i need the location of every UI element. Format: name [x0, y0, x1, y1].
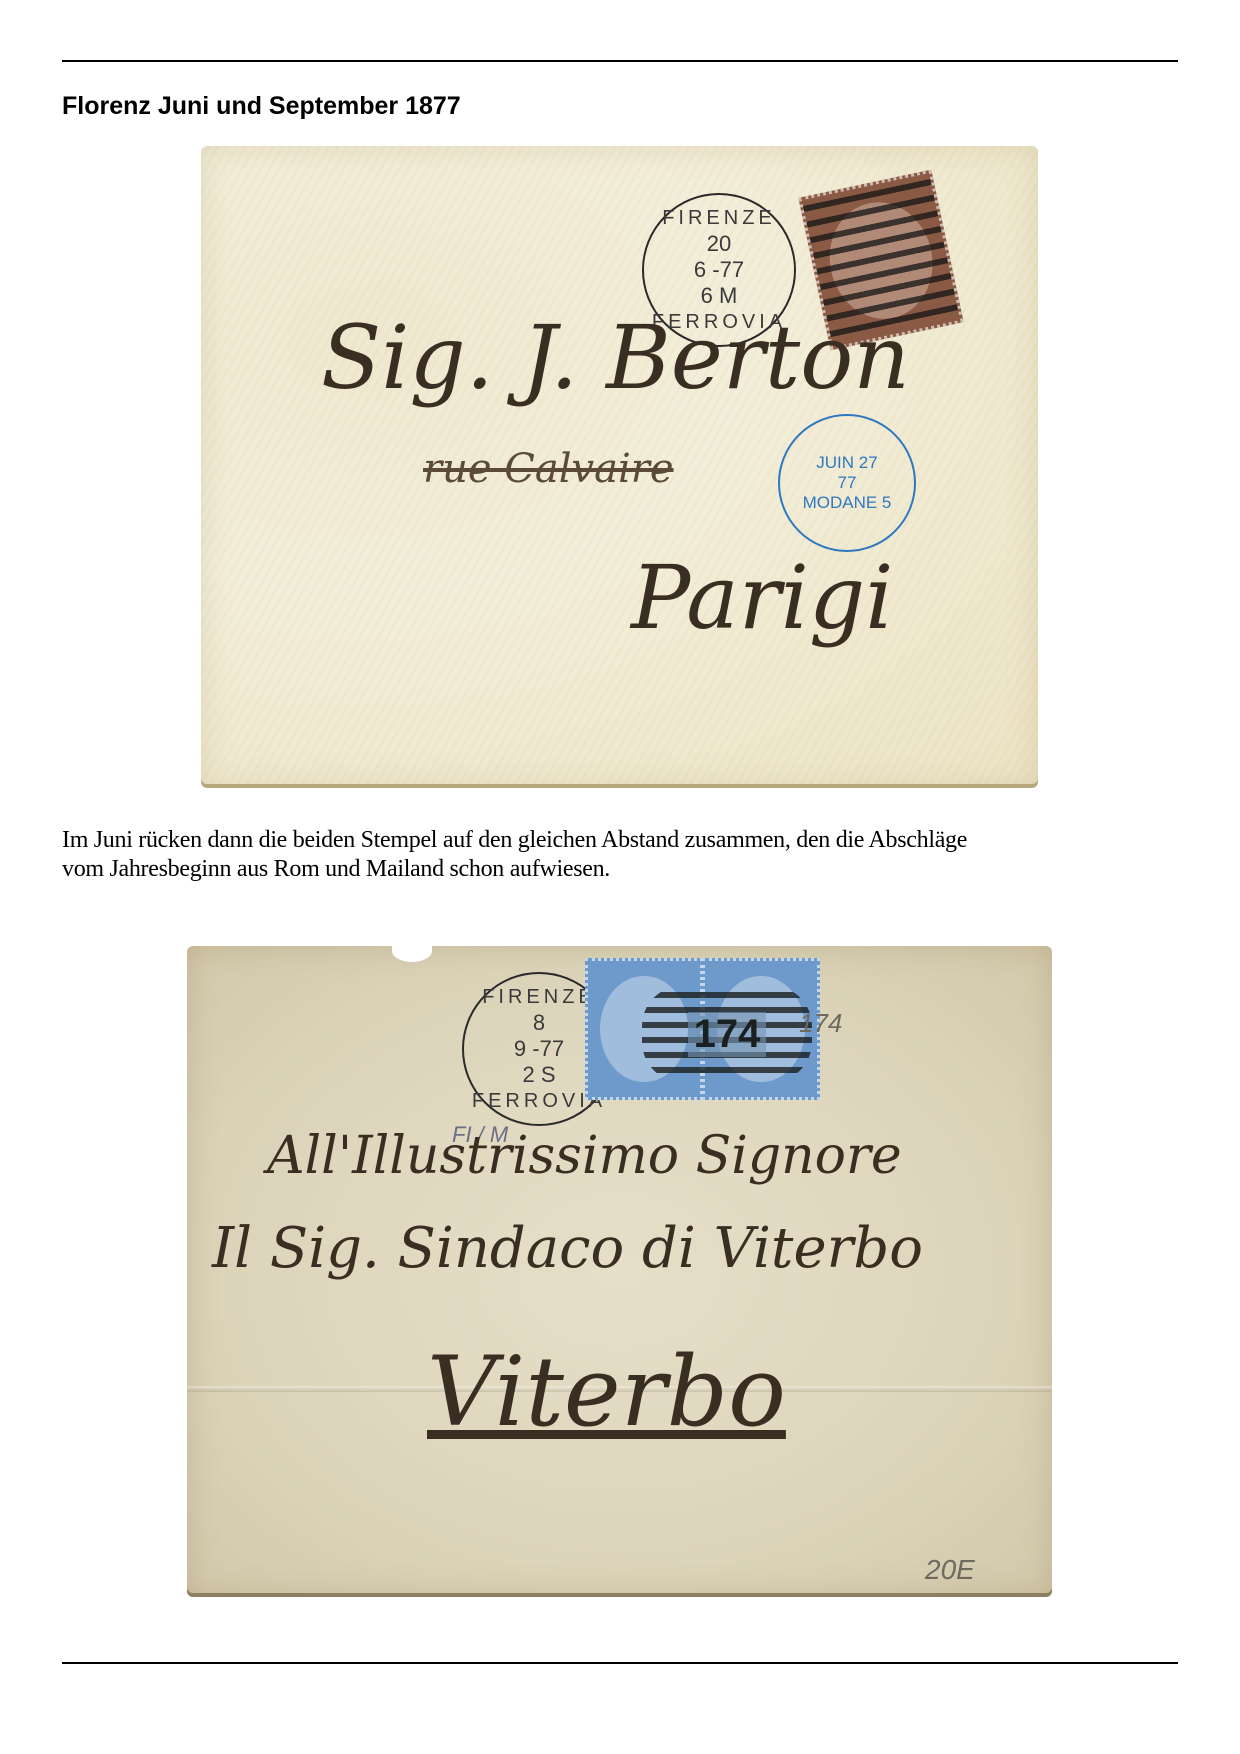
postmark-ring-bottom: MODANE 5 — [780, 493, 914, 513]
handwritten-city: Viterbo — [427, 1336, 786, 1448]
handwritten-salutation: All'Illustrissimo Signore — [267, 1126, 902, 1186]
postmark-modane: JUIN 27 77 MODANE 5 — [778, 414, 916, 552]
pencil-note-price: 20E — [925, 1554, 975, 1586]
postmark-date: 6 -77 — [644, 257, 794, 283]
numeral-cancel: 174 — [642, 986, 812, 1082]
postmark-day: 20 — [644, 231, 794, 257]
postmark-date: JUIN 27 — [780, 453, 914, 473]
postmark-year: 77 — [780, 473, 914, 493]
postmark-ring-top: FIRENZE — [644, 205, 794, 231]
envelope-image-june: FIRENZE 20 6 -77 6 M FERROVIA JUIN 27 77… — [201, 146, 1038, 788]
handwritten-street-struck: rue Calvaire — [423, 446, 674, 492]
handwritten-addressee: Il Sig. Sindaco di Viterbo — [212, 1216, 923, 1281]
paragraph-line-2: vom Jahresbeginn aus Rom und Mailand sch… — [62, 855, 1192, 884]
handwritten-addressee: Sig. J. Berton — [321, 306, 910, 409]
bottom-rule — [62, 1662, 1178, 1664]
envelope-tear — [392, 946, 432, 962]
description-paragraph: Im Juni rücken dann die beiden Stempel a… — [62, 826, 1192, 884]
handwritten-city: Parigi — [631, 546, 893, 649]
envelope-image-september: FIRENZE 8 9 -77 2 S FERROVIA 174 174 FI … — [187, 946, 1052, 1597]
pencil-note-top: 174 — [799, 1008, 842, 1039]
paragraph-line-1: Im Juni rücken dann die beiden Stempel a… — [62, 826, 1192, 855]
top-rule — [62, 60, 1178, 62]
cancel-number: 174 — [688, 1012, 767, 1057]
page-title: Florenz Juni und September 1877 — [62, 92, 461, 121]
